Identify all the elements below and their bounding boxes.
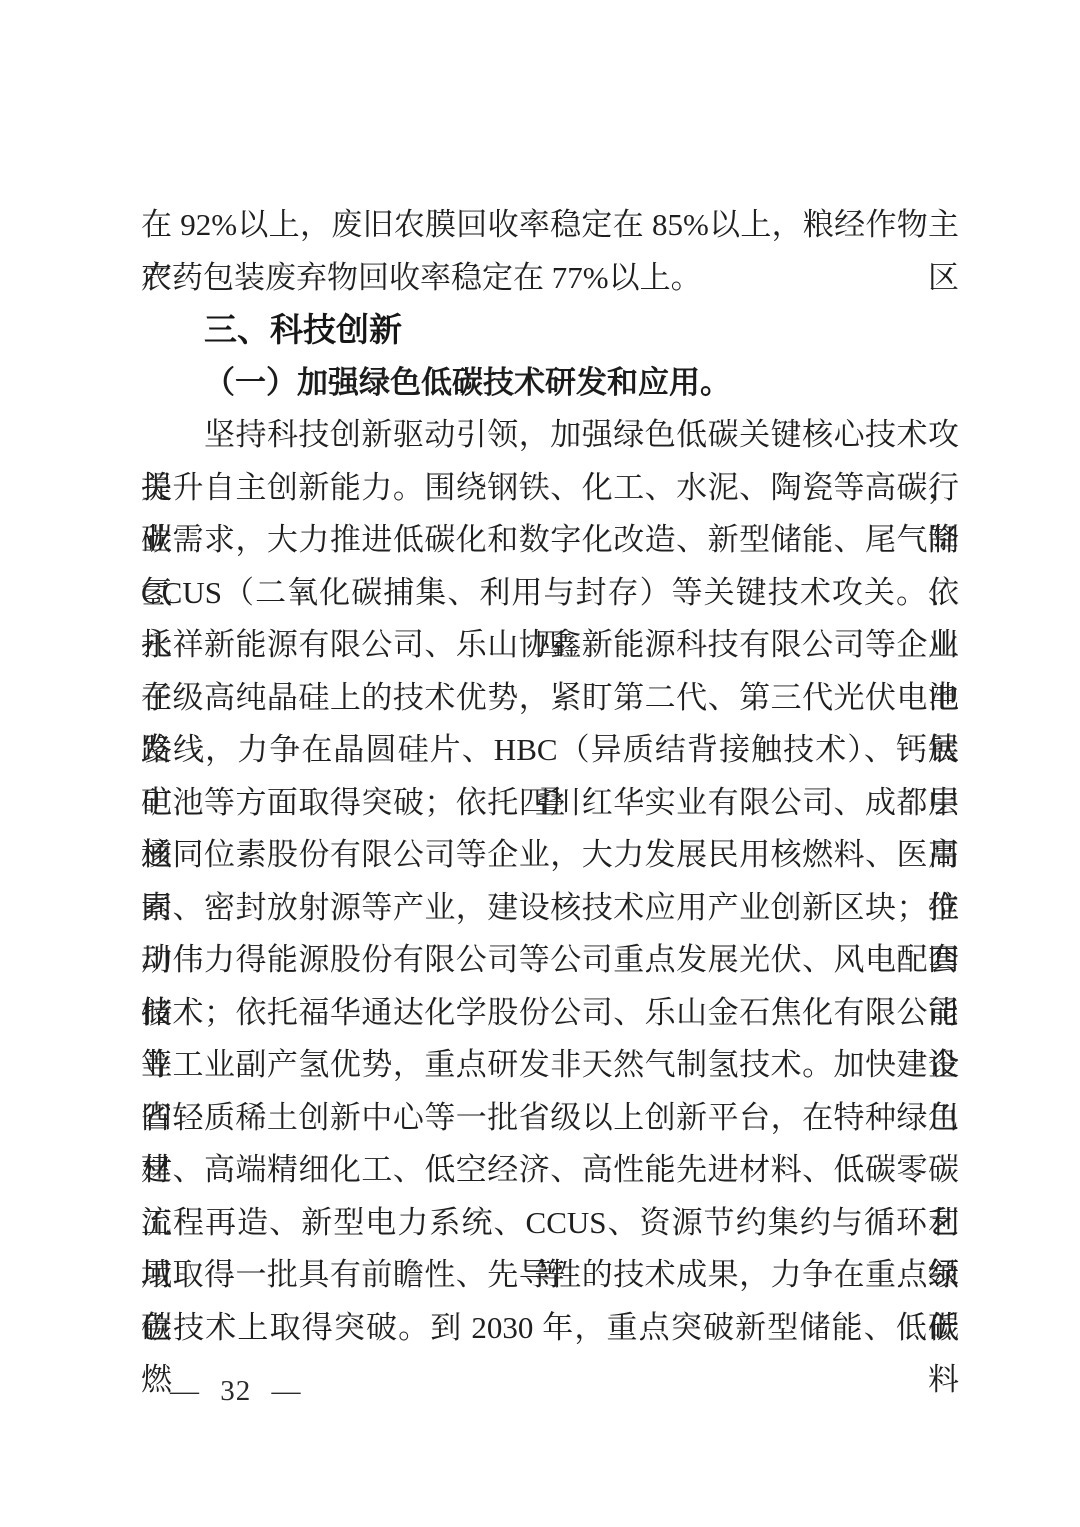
subsection-heading: （一）加强绿色低碳技术研发和应用。: [141, 357, 959, 410]
body-text-line: 在 92%以上，废旧农膜回收率稳定在 85%以上，粮经作物主产区: [141, 199, 959, 252]
body-text-line: 省轻质稀土创新中心等一批省级以上创新平台，在特种绿色建: [141, 1092, 959, 1145]
body-text-line: 路线，力争在晶圆硅片、HBC（异质结背接触技术）、钙钛矿叠层: [141, 724, 959, 777]
body-text-line: 流程再造、新型电力系统、CCUS、资源节约集约与循环利用等领: [141, 1197, 959, 1250]
body-text-line: 碳技术上取得突破。到 2030 年，重点突破新型储能、低碳燃料: [141, 1302, 959, 1355]
body-text-line: 域取得一批具有前瞻性、先导性的技术成果，力争在重点绿色低: [141, 1249, 959, 1302]
section-heading: 三、科技创新: [141, 304, 959, 357]
body-text-line: 通同位素股份有限公司等企业，大力发展民用核燃料、医用同位: [141, 829, 959, 882]
body-text-line: 碳需求，大力推进低碳化和数字化改造、新型储能、尾气制氢、: [141, 514, 959, 567]
body-text-line: CCUS（二氧化碳捕集、利用与封存）等关键技术攻关。依托四川: [141, 567, 959, 620]
body-text-line: 子级高纯晶硅上的技术优势，紧盯第二代、第三代光伏电池发展: [141, 672, 959, 725]
page-number: — 32 —: [170, 1375, 302, 1408]
body-text-line: 业工业副产氢优势，重点研发非天然气制氢技术。加快建设四川: [141, 1039, 959, 1092]
body-text-line: 技术；依托福华通达化学股份公司、乐山金石焦化有限公司等企: [141, 987, 959, 1040]
body-text-line: 电池等方面取得突破；依托四川红华实业有限公司、成都中核高: [141, 777, 959, 830]
body-text-line: 永祥新能源有限公司、乐山协鑫新能源科技有限公司等企业在电: [141, 619, 959, 672]
body-text-line: 提升自主创新能力。围绕钢铁、化工、水泥、陶瓷等高碳行业降: [141, 462, 959, 515]
body-text-line: 材、高端精细化工、低空经济、高性能先进材料、低碳零碳工艺: [141, 1144, 959, 1197]
body-text-line: 素、密封放射源等产业，建设核技术应用产业创新区块；推动四: [141, 882, 959, 935]
body-text-line: 川伟力得能源股份有限公司等公司重点发展光伏、风电配套储能: [141, 934, 959, 987]
document-page-content: 在 92%以上，废旧农膜回收率稳定在 85%以上，粮经作物主产区 农药包装废弃物…: [141, 199, 959, 1354]
body-text-line: 坚持科技创新驱动引领，加强绿色低碳关键核心技术攻关，: [141, 409, 959, 462]
